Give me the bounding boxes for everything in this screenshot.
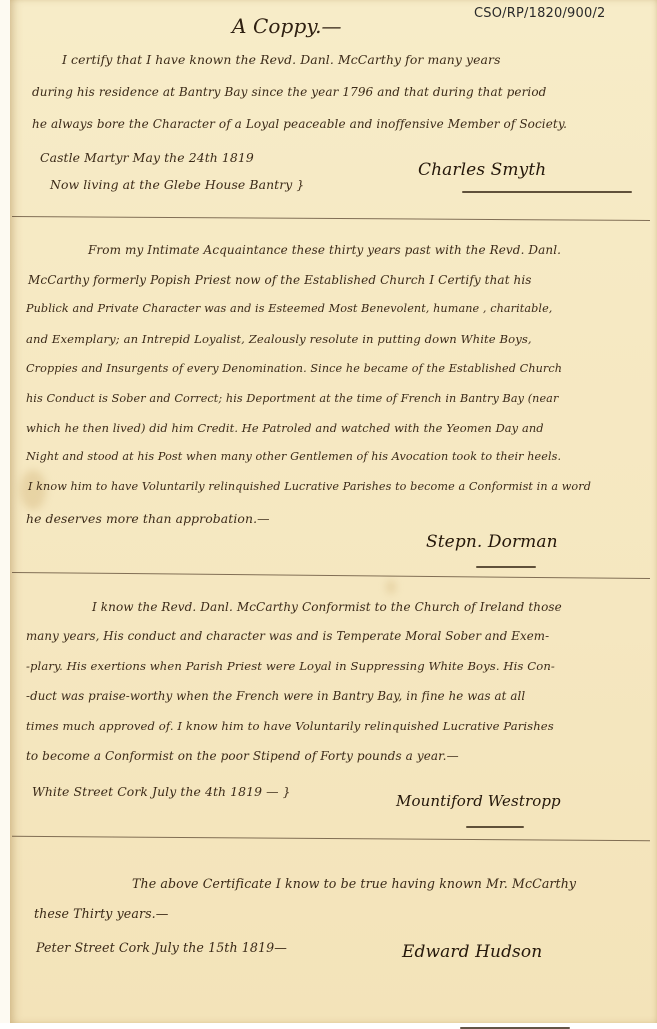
place-date: Now living at the Glebe House Bantry } <box>50 177 304 192</box>
text-line: to become a Conformist on the poor Stipe… <box>26 749 459 763</box>
signature-edward-hudson: Edward Hudson <box>402 942 542 962</box>
signature-stephen-dorman: Stepn. Dorman <box>426 532 558 552</box>
signature-flourish <box>466 826 524 828</box>
text-line: -plary. His exertions when Parish Priest… <box>26 659 555 673</box>
paper-stain <box>386 580 396 594</box>
text-line: From my Intimate Acquaintance these thir… <box>88 243 561 257</box>
text-line: Croppies and Insurgents of every Denomin… <box>26 362 562 375</box>
text-line: he always bore the Character of a Loyal … <box>32 117 567 131</box>
document-title: A Coppy.— <box>232 14 342 38</box>
text-line: -duct was praise-worthy when the French … <box>26 689 525 703</box>
text-line: McCarthy formerly Popish Priest now of t… <box>28 273 532 287</box>
text-line: I certify that I have known the Revd. Da… <box>62 52 501 67</box>
text-line: he deserves more than approbation.— <box>26 511 270 526</box>
place-date: Peter Street Cork July the 15th 1819— <box>36 940 287 955</box>
place-date: White Street Cork July the 4th 1819 — } <box>32 784 291 799</box>
text-line: Publick and Private Character was and is… <box>26 302 552 315</box>
text-line: The above Certificate I know to be true … <box>132 876 576 891</box>
archive-reference: CSO/RP/1820/900/2 <box>474 6 606 21</box>
signature-flourish <box>476 566 536 568</box>
text-line: and Exemplary; an Intrepid Loyalist, Zea… <box>26 332 532 346</box>
text-line: many years, His conduct and character wa… <box>26 629 549 643</box>
text-line: these Thirty years.— <box>34 906 168 921</box>
text-line: which he then lived) did him Credit. He … <box>26 421 544 435</box>
text-line: times much approved of. I know him to ha… <box>26 719 554 733</box>
signature-mountiford-westropp: Mountiford Westropp <box>396 792 561 810</box>
text-line: during his residence at Bantry Bay since… <box>32 85 546 99</box>
signature-charles-smyth: Charles Smyth <box>418 160 546 180</box>
signature-flourish <box>462 191 632 193</box>
text-line: I know him to have Voluntarily relinquis… <box>28 480 591 493</box>
text-line: Night and stood at his Post when many ot… <box>26 450 561 463</box>
text-line: I know the Revd. Danl. McCarthy Conformi… <box>92 600 562 614</box>
place-date: Castle Martyr May the 24th 1819 <box>40 150 254 165</box>
text-line: his Conduct is Sober and Correct; his De… <box>26 392 558 405</box>
